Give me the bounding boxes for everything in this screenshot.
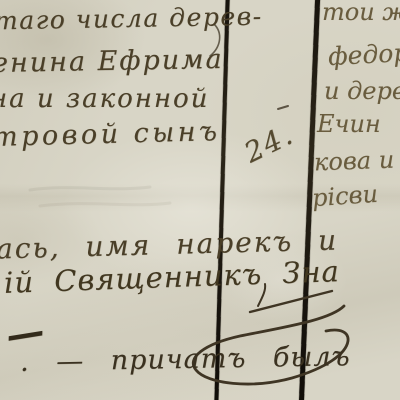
manuscript-line: ій Священникъ Зна bbox=[4, 257, 341, 298]
manuscript-line: таго числа дерев- bbox=[0, 4, 263, 34]
manuscript-line: енина Ефрима bbox=[0, 46, 224, 77]
entry-number: 24. bbox=[240, 120, 298, 167]
manuscript-line: тровой сынъ bbox=[0, 118, 221, 151]
manuscript-line: на и законной bbox=[0, 86, 209, 112]
manuscript-line: рісви bbox=[311, 182, 378, 211]
manuscript-line: федор bbox=[327, 40, 400, 69]
manuscript-line: Ечин bbox=[317, 112, 381, 136]
manuscript-page: таго числа дерев- енина Ефрима на и зако… bbox=[0, 0, 400, 400]
manuscript-line: . — причатъ былъ bbox=[20, 343, 351, 376]
manuscript-line: тои ж bbox=[322, 0, 400, 24]
manuscript-line: кова и bbox=[314, 148, 395, 175]
manuscript-line: и дере bbox=[324, 79, 400, 103]
